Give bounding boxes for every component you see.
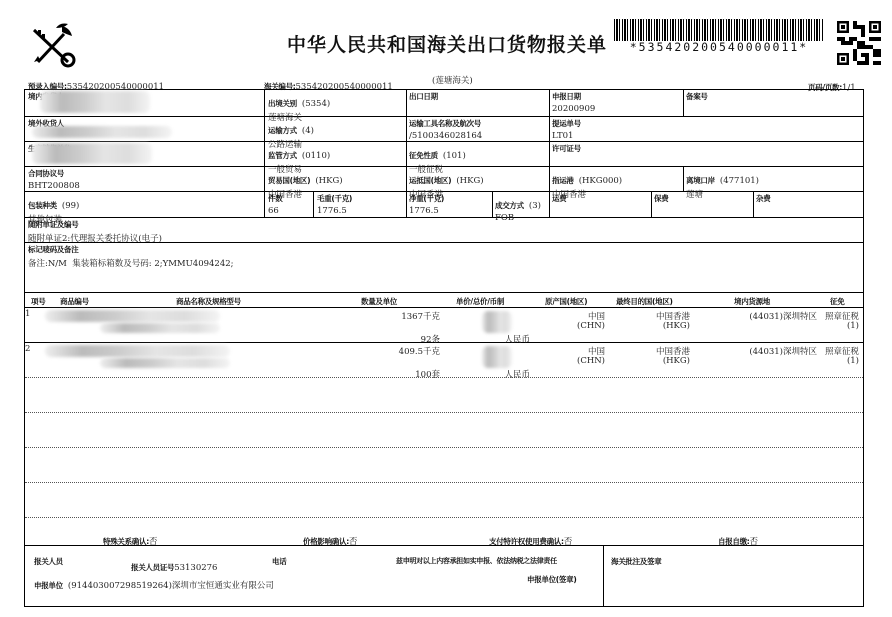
origin-code: (CHN)	[560, 321, 605, 331]
contract-no-field: 合同协议号 BHT200808	[28, 168, 80, 191]
declarant-label: 报关人员	[34, 556, 63, 567]
gross-weight-field: 毛重(千克) 1776.5	[317, 193, 352, 216]
quantity-2: 92条	[360, 333, 440, 345]
declare-unit: 申报单位 (91440300729851926​4)深圳市宝恒通实业有限公司	[34, 573, 274, 592]
marks-remarks-field: 标记唛码及备注 备注:N/M 集装箱标箱数及号码: 2;YMMU4094242;	[28, 244, 234, 269]
redacted-goods-2b	[100, 358, 230, 368]
declare-date-field: 申报日期 20200909	[552, 91, 595, 114]
customs-emblem-icon	[28, 20, 78, 68]
pieces-field: 件数 66	[268, 193, 282, 216]
levy-code: (1)	[815, 356, 859, 366]
barcode-text: *535420200540000011*	[614, 40, 824, 54]
price-influence-confirm: 价格影响确认:否	[303, 529, 357, 548]
redacted-producer	[32, 143, 152, 164]
redacted-price-2	[482, 346, 512, 368]
attached-docs-field: 随附单证及编号 随附单证2:代理报关委托协议(电子)	[28, 219, 162, 244]
form-title: 中华人民共和国海关出口货物报关单	[287, 30, 607, 57]
currency: 人民币	[480, 333, 530, 345]
destination-code: (HKG)	[640, 356, 690, 366]
freight-field: 运费	[552, 193, 566, 204]
col-origin: 原产国(地区)	[545, 296, 587, 307]
insurance-field: 保费	[654, 193, 668, 204]
declarant-cert: 报关人员证号53130276	[131, 555, 217, 574]
redacted-price-1	[482, 311, 512, 333]
col-levy: 征免	[830, 296, 844, 307]
customs-name: (莲塘海关)	[432, 74, 473, 86]
levy-code: (1)	[815, 321, 859, 331]
royalty-confirm: 支付特许权使用费确认:否	[489, 529, 572, 548]
source: (44031)深圳特区	[730, 345, 817, 357]
source: (44031)深圳特区	[730, 310, 817, 322]
redacted-goods-1b	[100, 323, 220, 333]
transport-tool-field: 运输工具名称及航次号 /5100346028164	[409, 118, 482, 141]
record-no-field: 备案号	[686, 91, 708, 102]
quantity-1: 409.5千克	[360, 345, 440, 357]
legal-statement: 兹申明对以上内容承担如实申报、依法纳税之法律责任	[396, 556, 557, 566]
special-relation-confirm: 特殊关系确认:否	[103, 529, 157, 548]
col-hs-code: 商品编号	[60, 296, 89, 307]
origin-code: (CHN)	[560, 356, 605, 366]
col-destination: 最终目的国(地区)	[616, 296, 673, 307]
redacted-overseas-consignee	[32, 126, 172, 138]
destination-code: (HKG)	[640, 321, 690, 331]
qr-code-icon	[837, 21, 881, 65]
redacted-domestic-shipper	[40, 91, 150, 113]
item-no: 1	[25, 309, 30, 319]
barcode	[614, 19, 824, 41]
net-weight-field: 净重(千克) 1776.5	[409, 193, 444, 216]
bill-no-field: 提运单号 LT01	[552, 118, 581, 141]
license-no-field: 许可证号	[552, 143, 581, 154]
exit-port-field: 离境口岸 (477101) 莲塘	[686, 168, 759, 200]
col-goods-name: 商品名称及规格型号	[176, 296, 241, 307]
col-source: 境内货源地	[734, 296, 770, 307]
quantity-2: 100套	[360, 368, 440, 380]
col-item-no: 项号	[31, 296, 45, 307]
redacted-goods-1	[45, 310, 220, 322]
redacted-goods-2	[45, 345, 230, 357]
misc-fee-field: 杂费	[756, 193, 770, 204]
phone-label: 电话	[272, 556, 286, 567]
export-date-field: 出口日期	[409, 91, 438, 102]
self-report-confirm: 自报自缴:否	[718, 529, 758, 548]
quantity-1: 1367千克	[360, 310, 440, 322]
seal-label: 申报单位(签章)	[527, 574, 576, 585]
customs-approval-label: 海关批注及签章	[611, 556, 661, 567]
col-price: 单价/总价/币制	[456, 296, 504, 307]
currency: 人民币	[480, 368, 530, 380]
item-no: 2	[25, 344, 30, 354]
deal-mode-field: 成交方式 (3) FOB	[495, 193, 541, 223]
col-quantity: 数量及单位	[361, 296, 397, 307]
